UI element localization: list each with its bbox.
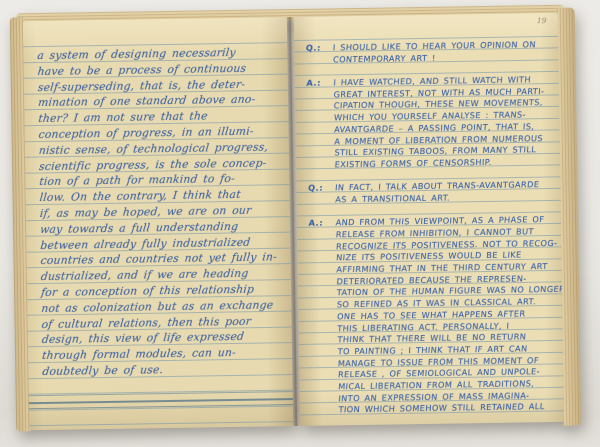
handwritten-line: TION WHICH SOMEHOW STILL RETAINED ALL [338,401,563,416]
notebook: a system of designing necessarilyhave to… [10,5,582,438]
qa-block: A.:I HAVE WATCHED, AND STILL WATCH WITHG… [295,74,558,172]
qa-block: Q.:IN FACT, I TALK ABOUT TRANS-AVANTGARD… [296,179,558,206]
bottom-margin-rule [29,391,293,408]
left-page: a system of designing necessarilyhave to… [23,17,293,430]
page-number: 19 [537,16,547,25]
handwritten-line: doubtedly be of use. [41,360,292,380]
open-spread: a system of designing necessarilyhave to… [23,13,564,430]
qa-marker: Q.: [308,183,324,195]
qa-marker: A.: [306,78,322,90]
right-page: 19 Q.:I SHOULD LIKE TO HEAR YOUR OPINION… [294,13,564,426]
handwritten-line: EXISTING FORMS OF CENSORSHIP. [334,156,559,171]
qa-marker: A.: [308,218,324,230]
photo-background: a system of designing necessarilyhave to… [0,0,600,447]
qa-block: A.:AND FROM THIS VIEWPOINT, AS A PHASE O… [297,214,562,417]
qa-block: Q.:I SHOULD LIKE TO HEAR YOUR OPINION ON… [294,39,556,66]
right-page-handwriting: Q.:I SHOULD LIKE TO HEAR YOUR OPINION ON… [294,39,562,426]
qa-marker: Q.: [305,43,321,55]
left-page-handwriting: a system of designing necessarilyhave to… [36,44,290,380]
handwritten-line: AS A TRANSITIONAL ART. [335,191,560,206]
